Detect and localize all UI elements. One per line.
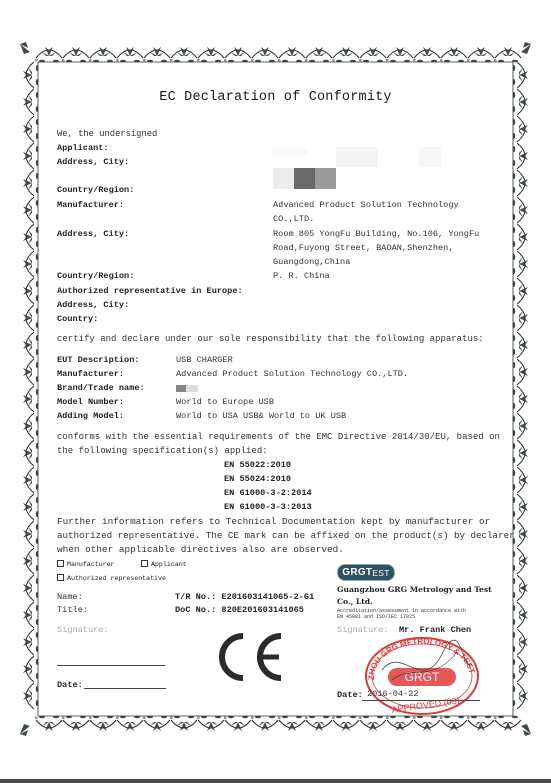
apparatus-value: World to Europe USB [176,397,274,407]
date-label: Date: [57,680,83,690]
apparatus-value: World to USA USB& World to UK USB [176,411,346,421]
standard-item: EN 55024:2010 [224,474,291,484]
manufacturer-label: Manufacturer: [57,200,124,210]
manufacturer-value-line1: Advanced Product Solution Technology [273,200,459,210]
redacted-applicant-block-2 [419,147,441,167]
date-line [84,688,166,689]
lab-date-value: 2016-04-22 [367,689,419,699]
further-line2: authorized representative. The CE mark c… [57,530,515,541]
applicant-label: Applicant: [57,143,109,153]
apparatus-label: Model Number: [57,397,124,407]
redacted-applicant [272,147,308,157]
applicant-address-label: Address, City: [57,157,129,167]
manufacturer-address-label: Address, City: [57,229,129,239]
checkbox-applicant[interactable]: Applicant [141,560,187,568]
lab-name-line2: Co., Ltd. [337,597,373,606]
eu-rep-country-label: Country: [57,314,98,324]
apparatus-value: Advanced Product Solution Technology CO.… [176,369,408,379]
apparatus-label: Brand/Trade name: [57,383,145,393]
manufacturer-country-value: P. R. China [273,271,330,281]
further-line1: Further information refers to Technical … [57,516,490,527]
approval-stamp-icon: GUANGZHOU GRG METROLOGY & TEST CO.,LTD. … [362,634,482,718]
title-label: Title: [57,605,88,615]
checkbox-authorized-representative[interactable]: Authorized representative [57,574,166,582]
checkbox-icon [57,574,64,581]
applicant-country-label: Country/Region: [57,185,134,195]
name-label: Name: [57,592,83,602]
standard-item: EN 55022:2010 [224,460,291,470]
conforms-line2: the following specification(s) applied: [57,446,268,456]
manufacturer-address-line1: Room 805 YongFu Building, No.106, YongFu [273,229,479,239]
manufacturer-country-label: Country/Region: [57,271,134,281]
redacted-address-1 [273,168,294,189]
redacted-address-2 [294,168,315,189]
bottom-bar [0,779,551,783]
redacted-applicant-block [336,147,378,167]
manufacturer-address-line3: Guangdong,China [273,257,350,267]
ce-mark-icon [213,632,285,682]
lab-date-label: Date: [337,690,363,700]
signature-line [57,665,165,666]
manufacturer-address-line2: Road,Fuyong Street, BAOAN,Shenzhen, [273,243,454,253]
checkbox-icon [57,560,64,567]
eu-rep-address-label: Address, City: [57,300,129,310]
signature-label: Signature: [57,625,109,635]
intro-text: We, the undersigned [57,129,157,139]
lab-date-line [362,700,480,701]
apparatus-label: Manufacturer: [57,369,124,379]
lab-name-line1: Guangzhou GRG Metrology and Test [337,585,492,594]
further-line3: when other applicable directives also ar… [57,544,344,555]
manufacturer-value-line2: CO.,LTD. [273,214,314,224]
doc-number: DoC No.: 820E201603141065 [175,605,304,615]
apparatus-value: USB CHARGER [176,355,233,365]
certify-text: certify and declare under our sole respo… [57,334,484,344]
standard-item: EN 61000-3-3:2013 [224,502,312,512]
lab-accreditation-line2: EN 45001 and ISO/IEC 17025 [337,614,415,620]
checkbox-icon [141,560,148,567]
checkbox-manufacturer[interactable]: Manufacturer [57,560,114,568]
grgtest-logo: GRGTEST [337,564,395,581]
eu-rep-label: Authorized representative in Europe: [57,286,243,296]
apparatus-label: EUT Description: [57,355,140,365]
redacted-brand [176,385,198,392]
apparatus-label: Adding Model: [57,411,124,421]
redacted-address-3 [315,168,336,189]
conforms-line1: conforms with the essential requirements… [57,432,500,442]
standard-item: EN 61000-3-2:2014 [224,488,312,498]
document-title: EC Declaration of Conformity [0,90,551,105]
tr-number: T/R No.: E201603141065-2-G1 [175,592,314,602]
